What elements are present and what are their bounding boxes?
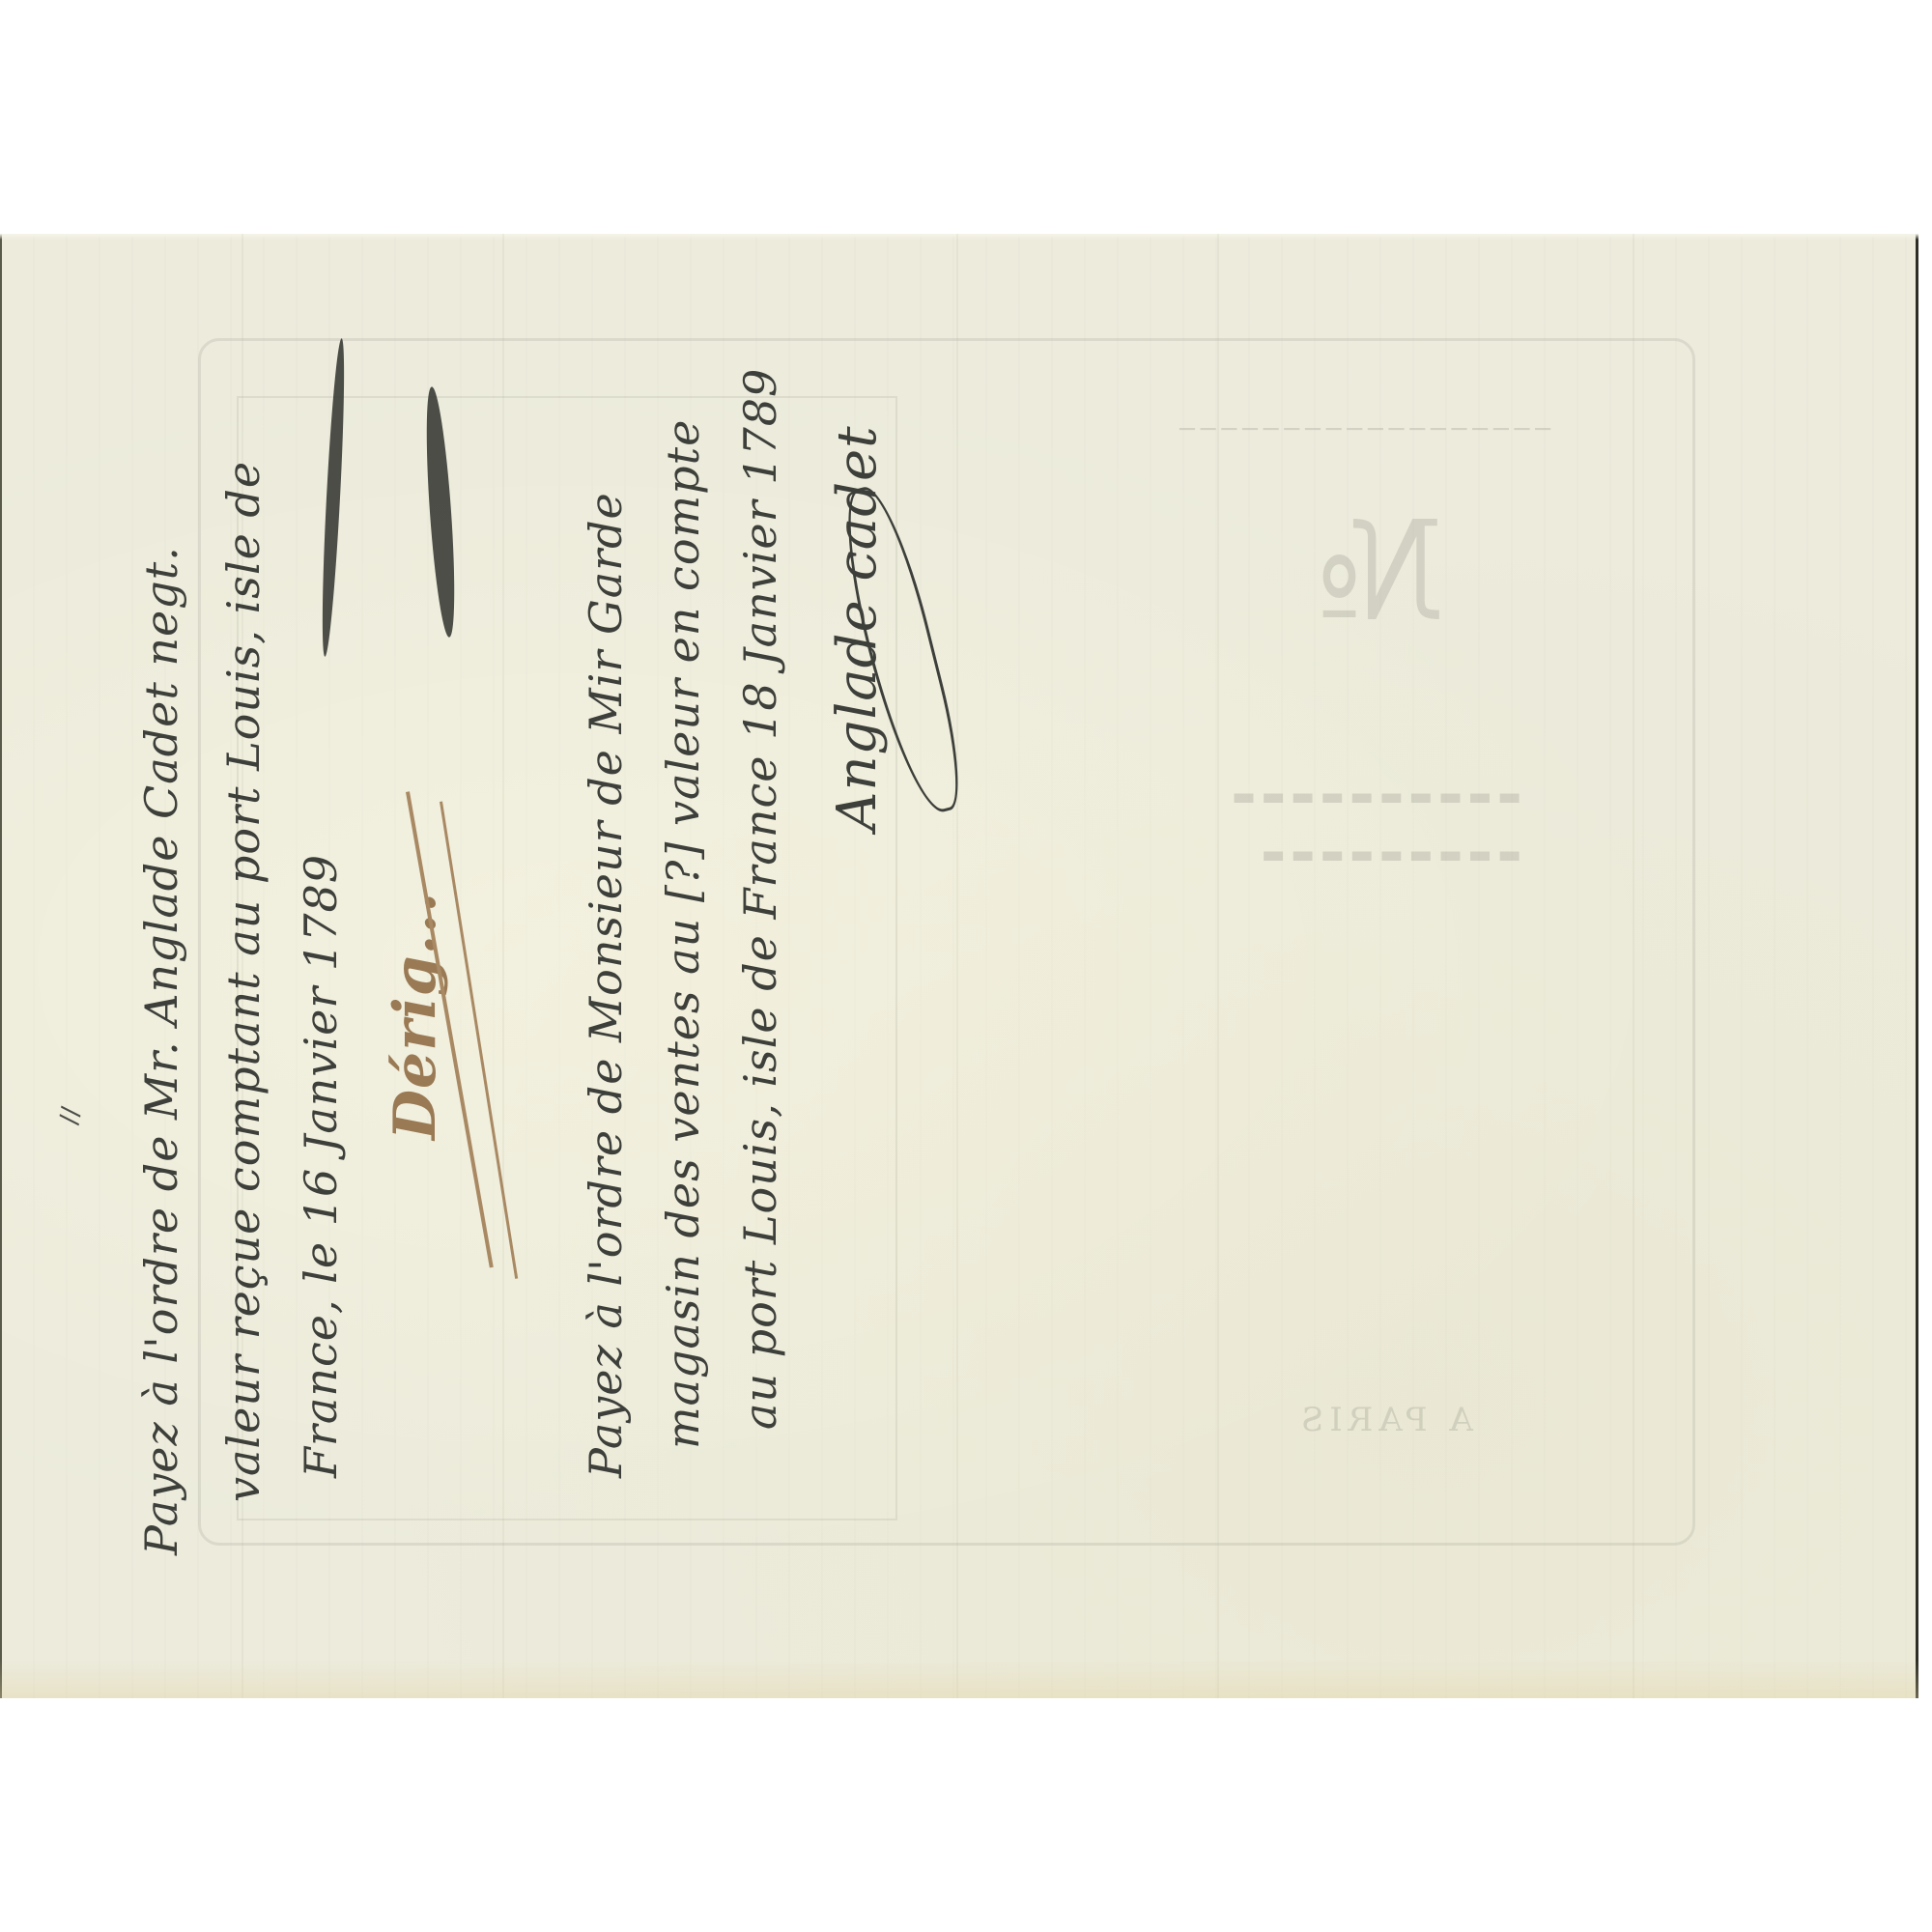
endorsement-1-line-2: valeur reçue comptant au port Louis, isl…	[217, 461, 270, 1502]
showthrough-text-row: ▬▬▬▬▬▬▬▬▬	[1256, 840, 1521, 869]
endorsement-1-signature: Dérig...	[382, 892, 449, 1140]
showthrough-city: A PARIS	[1295, 1401, 1473, 1439]
endorsement-2-line-1: Payez à l'ordre de Monsieur de Mir Garde	[580, 492, 632, 1478]
endorsement-1-line-3: France, le 16 Janvier 1789	[295, 854, 347, 1478]
endorsement-2-line-3: au port Louis, isle de France 18 Janvier…	[734, 368, 786, 1430]
endorsement-2-line-2: magasin des ventes au [?] valeur en comp…	[657, 419, 709, 1449]
showthrough-text-row: ▬▬▬▬▬▬▬▬▬▬	[1226, 782, 1521, 811]
endorsement-1-line-1: Payez à l'ordre de Mr. Anglade Cadet neg…	[135, 546, 187, 1555]
showthrough-number: №	[1317, 493, 1444, 650]
showthrough-header: ──────────────────	[1174, 415, 1550, 444]
